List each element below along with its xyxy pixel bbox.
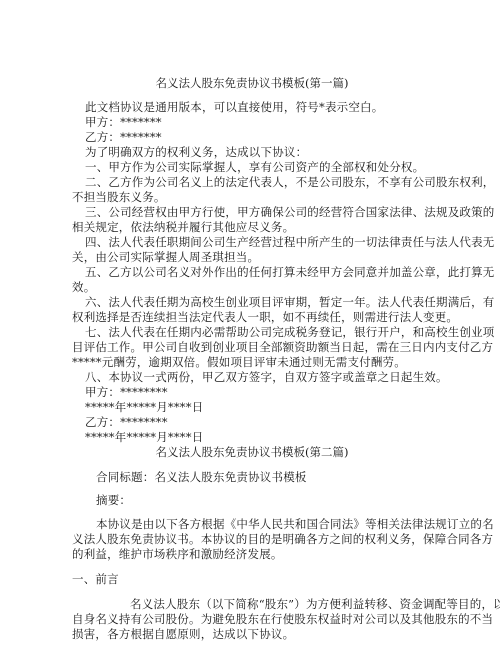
doc1-sign-party-b: 乙方：******** [85,415,168,430]
doc1-clause-7: 七、法人代表在任期内必需帮助公司完成税务登记，银行开户，和高校生创业项 [85,325,495,340]
doc1-clause-2: 二、乙方作为公司名义上的法定代表人，不是公司股东，不享有公司股东权利， [85,175,495,190]
doc1-party-a: 甲方：******* [85,115,162,130]
doc1-sign-party-a: 甲方：******** [85,385,168,400]
doc1-clause-4-cont: 关，由公司实际掌握人周圣琪担当。 [72,250,259,265]
doc1-clause-6: 六、法人代表任期为高校生创业项目评审期，暂定一年。法人代表任期满后，有 [85,295,495,310]
doc1-clause-5-cont: 效。 [72,280,95,295]
doc2-title: 名义法人股东免责协议书模板(第二篇) [74,445,430,460]
doc2-abstract-line: 本协议是由以下各方根据《中华人民共和国合同法》等相关法律法规订立的名 [96,517,494,532]
doc2-section1-line: 自身名义持有公司股份。为避免股东在行使股东权益时对公司以及其他股东的不当 [72,612,493,627]
doc1-clause-7-cont: 目评估工作。甲公司自收到创业项目全部额资助额当日起，需在三日内内支付乙方 [72,340,493,355]
doc1-clause-6-cont: 权利选择是否连续担当法定代表人一职，如不再续任，则需进行法人变更。 [72,310,458,325]
doc2-abstract-line: 义法人股东免责协议书。本协议的目的是明确各方之间的权利义务，保障合同各方 [72,532,493,547]
doc2-abstract-line: 的利益，维护市场秩序和激励经济发展。 [72,547,283,562]
doc1-clause-3: 三、公司经营权由甲方行使，甲方确保公司的经营符合国家法律、法规及政策的 [85,205,495,220]
doc1-clause-2-cont: 不担当股东义务。 [72,190,166,205]
doc2-contract-title: 合同标题：名义法人股东免责协议书模板 [96,470,307,485]
doc1-clause-5: 五、乙方以公司名义对外作出的任何打算未经甲方会同意并加盖公章，此打算无 [85,265,495,280]
doc1-party-b: 乙方：******* [85,130,162,145]
doc1-clause-8: 八、本协议一式两份，甲乙双方签字，自双方签字或盖章之日起生效。 [85,370,448,385]
doc1-clause-3-cont: 相关规定，依法纳税并履行其他应尽义务。 [72,220,294,235]
doc2-section1-line: 损害，各方根据自愿原则，达成以下协议。 [72,627,294,642]
doc2-section1-line: 名义法人股东（以下简称“股东”）为方便利益转移、资金调配等目的，以 [130,597,500,612]
doc2-section1-heading: 一、前言 [72,572,119,587]
doc1-clause-4: 四、法人代表任职期间公司生产经营过程中所产生的一切法律责任与法人代表无 [85,235,495,250]
doc1-line: 为了明确双方的权利义务，达成以下协议： [85,145,307,160]
doc2-abstract-label: 摘要： [96,493,131,508]
doc1-clause-7-cont: *****元酬劳，逾期双倍。假如项目评审未通过则无需支付酬劳。 [72,355,406,370]
doc1-sign-date-b: *****年*****月****日 [85,430,203,445]
doc1-title: 名义法人股东免责协议书模板(第一篇) [74,76,430,91]
doc1-line: 此文档协议是通用版本，可以直接使用，符号*表示空白。 [85,100,383,115]
doc1-clause-1: 一、甲方作为公司实际掌握人，享有公司资产的全部权和处分权。 [85,160,424,175]
doc1-sign-date-a: *****年*****月****日 [85,400,203,415]
